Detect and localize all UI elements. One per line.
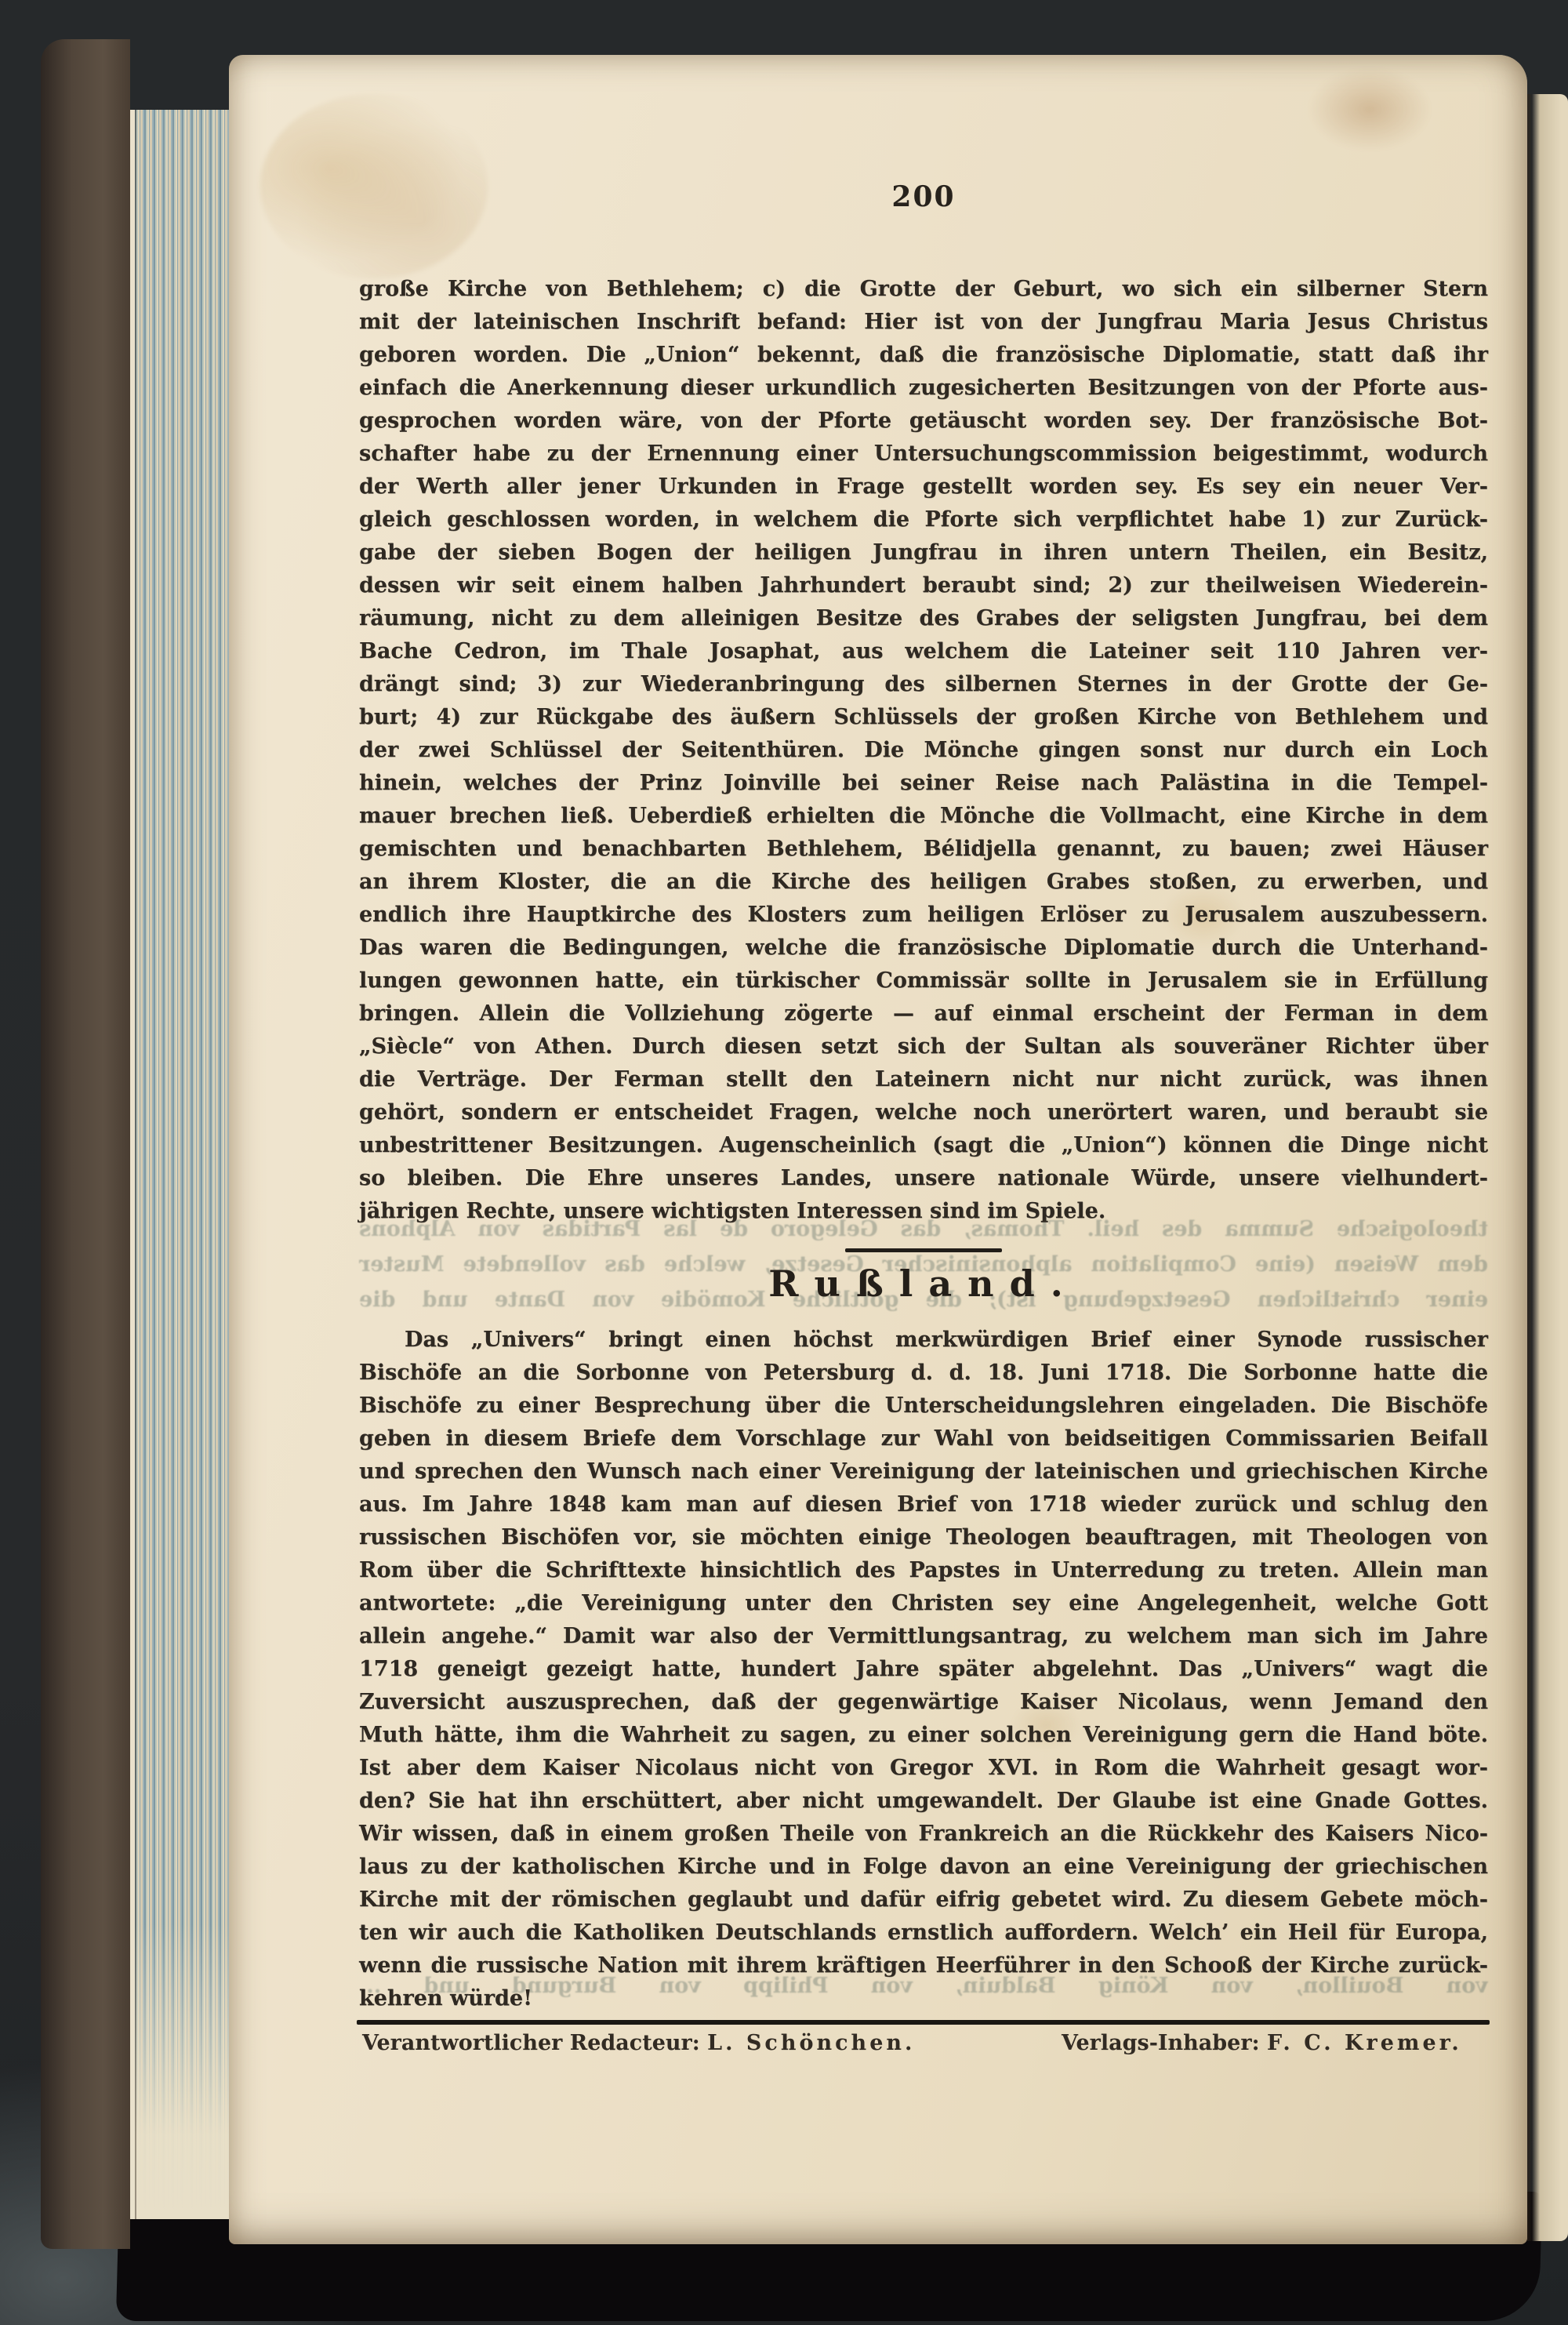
- text-line: Bache Cedron, im Thale Josaphat, aus wel…: [359, 635, 1488, 668]
- text-line: geben in diesem Briefe dem Vorschlage zu…: [359, 1422, 1488, 1455]
- text-line: der Werth aller jener Urkunden in Frage …: [359, 470, 1488, 503]
- verlag-name: F. C. Kremer.: [1267, 2031, 1462, 2055]
- text-line: russischen Bischöfen vor, sie möchten ei…: [359, 1521, 1488, 1554]
- text-line: gabe der sieben Bogen der heiligen Jungf…: [359, 536, 1488, 569]
- redacteur-label: Verantwortlicher Redacteur:: [362, 2031, 700, 2055]
- page-edge-stack: [130, 110, 235, 2219]
- redacteur-imprint: Verantwortlicher Redacteur: L. Schönchen…: [362, 2031, 915, 2055]
- verlag-label: Verlags-Inhaber:: [1062, 2031, 1260, 2055]
- section-heading-russland: Rußland.: [359, 1262, 1488, 1305]
- text-line: schafter habe zu der Ernennung einer Unt…: [359, 438, 1488, 470]
- imprint-rule: [357, 2020, 1490, 2025]
- text-line: Bischöfe an die Sorbonne von Petersburg …: [359, 1357, 1488, 1390]
- text-line: einfach die Anerkennung dieser urkundlic…: [359, 372, 1488, 405]
- text-line: Das „Univers“ bringt einen höchst merkwü…: [359, 1324, 1488, 1357]
- foxing-stain: [1303, 64, 1436, 154]
- text-line: drängt sind; 3) zur Wiederanbringung des…: [359, 668, 1488, 701]
- text-line: Zuversicht auszusprechen, daß der gegenw…: [359, 1686, 1488, 1719]
- text-line: der zwei Schlüssel der Seitenthüren. Die…: [359, 734, 1488, 767]
- text-line: Das waren die Bedingungen, welche die fr…: [359, 932, 1488, 965]
- text-line: dessen wir seit einem halben Jahrhundert…: [359, 569, 1488, 602]
- text-line: mauer brechen ließ. Ueberdieß erhielten …: [359, 800, 1488, 833]
- text-line: jährigen Rechte, unsere wichtigsten Inte…: [359, 1195, 1488, 1228]
- text-line: Muth hätte, ihm die Wahrheit zu sagen, z…: [359, 1719, 1488, 1752]
- text-line: die Verträge. Der Ferman stellt den Late…: [359, 1063, 1488, 1096]
- text-line: Kirche mit der römischen geglaubt und da…: [359, 1884, 1488, 1916]
- text-line: Bischöfe zu einer Besprechung über die U…: [359, 1390, 1488, 1422]
- facing-page-edge: [1527, 94, 1568, 2241]
- text-line: Wir wissen, daß in einem großen Theile v…: [359, 1818, 1488, 1851]
- text-line: lungen gewonnen hatte, ein türkischer Co…: [359, 965, 1488, 997]
- text-line: „Siècle“ von Athen. Durch diesen setzt s…: [359, 1030, 1488, 1063]
- verlag-imprint: Verlags-Inhaber: F. C. Kremer.: [1062, 2031, 1462, 2055]
- section-divider-rule: [845, 1248, 1002, 1252]
- text-line: und sprechen den Wunsch nach einer Verei…: [359, 1455, 1488, 1488]
- text-line: antwortete: „die Vereinigung unter den C…: [359, 1587, 1488, 1620]
- text-line: burt; 4) zur Rückgabe des äußern Schlüss…: [359, 701, 1488, 734]
- text-line: gehört, sondern er entscheidet Fragen, w…: [359, 1096, 1488, 1129]
- article-russland: Das „Univers“ bringt einen höchst merkwü…: [359, 1324, 1488, 2015]
- text-line: hinein, welches der Prinz Joinville bei …: [359, 767, 1488, 800]
- text-line: geboren worden. Die „Union“ bekennt, daß…: [359, 339, 1488, 372]
- text-line: den? Sie hat ihn erschüttert, aber nicht…: [359, 1785, 1488, 1818]
- text-line: Ist aber dem Kaiser Nicolaus nicht von G…: [359, 1752, 1488, 1785]
- text-line: große Kirche von Bethlehem; c) die Grott…: [359, 273, 1488, 306]
- text-line: bringen. Allein die Vollziehung zögerte …: [359, 997, 1488, 1030]
- text-line: so bleiben. Die Ehre unseres Landes, uns…: [359, 1162, 1488, 1195]
- text-line: gleich geschlossen worden, in welchem di…: [359, 503, 1488, 536]
- text-line: kehren würde!: [359, 1982, 1488, 2015]
- text-line: gesprochen worden wäre, von der Pforte g…: [359, 405, 1488, 438]
- text-line: gemischten und benachbarten Bethlehem, B…: [359, 833, 1488, 866]
- text-line: Rom über die Schrifttexte hinsichtlich d…: [359, 1554, 1488, 1587]
- text-line: laus zu der katholischen Kirche und in F…: [359, 1851, 1488, 1884]
- text-line: 1718 geneigt gezeigt hatte, hundert Jahr…: [359, 1653, 1488, 1686]
- text-line: ten wir auch die Katholiken Deutschlands…: [359, 1916, 1488, 1949]
- text-line: unbestrittener Besitzungen. Augenscheinl…: [359, 1129, 1488, 1162]
- page-number: 200: [359, 180, 1488, 213]
- text-line: allein angehe.“ Damit war also der Vermi…: [359, 1620, 1488, 1653]
- text-line: aus. Im Jahre 1848 kam man auf diesen Br…: [359, 1488, 1488, 1521]
- text-line: räumung, nicht zu dem alleinigen Besitze…: [359, 602, 1488, 635]
- book-cover-edge: [41, 39, 130, 2249]
- text-line: wenn die russische Nation mit ihrem kräf…: [359, 1949, 1488, 1982]
- text-line: mit der lateinischen Inschrift befand: H…: [359, 306, 1488, 339]
- book-page: 200 theologische Summa des heil. Thomas,…: [229, 55, 1527, 2244]
- text-line: endlich ihre Hauptkirche des Klosters zu…: [359, 899, 1488, 932]
- article-bethlehem-continuation: große Kirche von Bethlehem; c) die Grott…: [359, 273, 1488, 1228]
- text-line: an ihrem Kloster, die an die Kirche des …: [359, 866, 1488, 899]
- redacteur-name: L. Schönchen.: [707, 2031, 915, 2055]
- imprint-line: Verantwortlicher Redacteur: L. Schönchen…: [229, 2031, 1527, 2065]
